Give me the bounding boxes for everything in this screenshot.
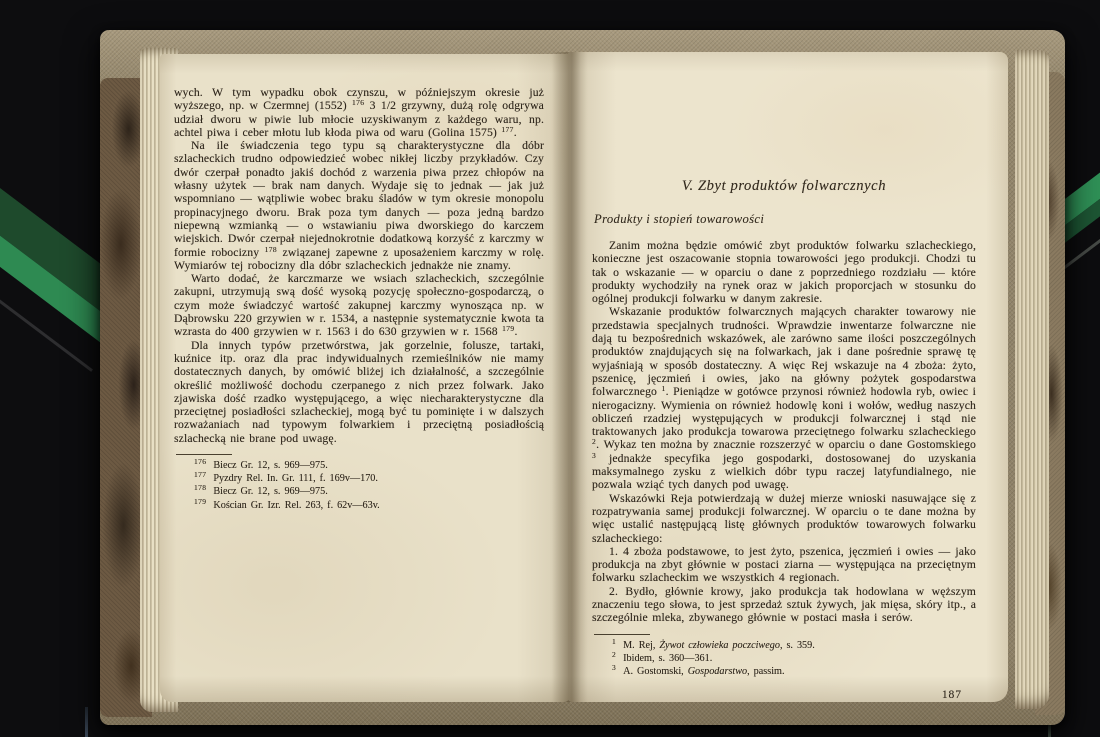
right-page: V. Zbyt produktów folwarcznych Produkty …	[568, 52, 1008, 702]
paragraph: wych. W tym wypadku obok czynszu, w późn…	[174, 86, 544, 139]
right-page-body: Zanim można będzie omówić zbyt produktów…	[592, 239, 976, 625]
paragraph: 1. 4 zboża podstawowe, to jest żyto, psz…	[592, 545, 976, 585]
left-footnotes: 176Biecz Gr. 12, s. 969—975.177Pyzdry Re…	[174, 459, 544, 512]
right-footnote-block: 1M. Rej, Żywot człowieka poczciwego, s. …	[592, 634, 976, 679]
open-book: wych. W tym wypadku obok czynszu, w późn…	[100, 30, 1065, 725]
footnote-separator-rule	[176, 454, 232, 455]
right-footnotes: 1M. Rej, Żywot człowieka poczciwego, s. …	[592, 639, 976, 679]
left-page: wych. W tym wypadku obok czynszu, w późn…	[160, 54, 570, 702]
footnote: 178Biecz Gr. 12, s. 969—975.	[174, 485, 544, 498]
footnote-number: 2	[612, 650, 616, 659]
footnote: 3A. Gostomski, Gospodarstwo, passim.	[592, 665, 976, 678]
page-number: 187	[592, 688, 962, 701]
footnote-separator-rule	[594, 634, 650, 635]
footnote-number: 176	[194, 457, 206, 466]
paragraph: Dla innych typów przetwórstwa, jak gorze…	[174, 339, 544, 445]
page-edges-right-stack	[1015, 50, 1049, 709]
book-photo-scene: wych. W tym wypadku obok czynszu, w późn…	[0, 0, 1100, 737]
cited-work-title: Gospodarstwo	[688, 666, 747, 677]
cited-work-title: Żywot człowieka poczciwego	[659, 640, 780, 651]
footnote: 177Pyzdry Rel. In. Gr. 111, f. 169v—170.	[174, 472, 544, 485]
section-title: Produkty i stopień towarowości	[594, 212, 976, 227]
left-page-body: wych. W tym wypadku obok czynszu, w późn…	[174, 86, 544, 445]
paragraph: Wskazanie produktów folwarcznych mającyc…	[592, 305, 976, 491]
footnote-reference: 177	[501, 125, 513, 134]
footnote: 2Ibidem, s. 360—361.	[592, 652, 976, 665]
paragraph: Wskazówki Reja potwierdzają w dużej mier…	[592, 492, 976, 545]
footnote-number: 3	[612, 663, 616, 672]
footnote-reference: 176	[352, 98, 364, 107]
footnote-reference: 179	[502, 324, 514, 333]
footnote-number: 177	[194, 470, 206, 479]
footnote: 179Kościan Gr. Izr. Rel. 263, f. 62v—63v…	[174, 499, 544, 512]
paragraph: 2. Bydło, głównie krowy, jako produkcja …	[592, 585, 976, 625]
footnote-number: 179	[194, 497, 206, 506]
footnote-reference: 3	[592, 451, 596, 460]
footnote: 176Biecz Gr. 12, s. 969—975.	[174, 459, 544, 472]
footnote-reference: 2	[592, 437, 596, 446]
footnote-reference: 178	[265, 245, 277, 254]
footnote-reference: 1	[661, 384, 665, 393]
table-reflection-line	[85, 707, 88, 737]
left-footnote-block: 176Biecz Gr. 12, s. 969—975.177Pyzdry Re…	[174, 454, 544, 512]
footnote-number: 178	[194, 483, 206, 492]
paragraph: Warto dodać, że karczmarze we wsiach szl…	[174, 272, 544, 338]
paragraph: Zanim można będzie omówić zbyt produktów…	[592, 239, 976, 305]
footnote-number: 1	[612, 637, 616, 646]
chapter-title: V. Zbyt produktów folwarcznych	[592, 178, 976, 195]
footnote: 1M. Rej, Żywot człowieka poczciwego, s. …	[592, 639, 976, 652]
paragraph: Na ile świadczenia tego typu są charakte…	[174, 139, 544, 272]
